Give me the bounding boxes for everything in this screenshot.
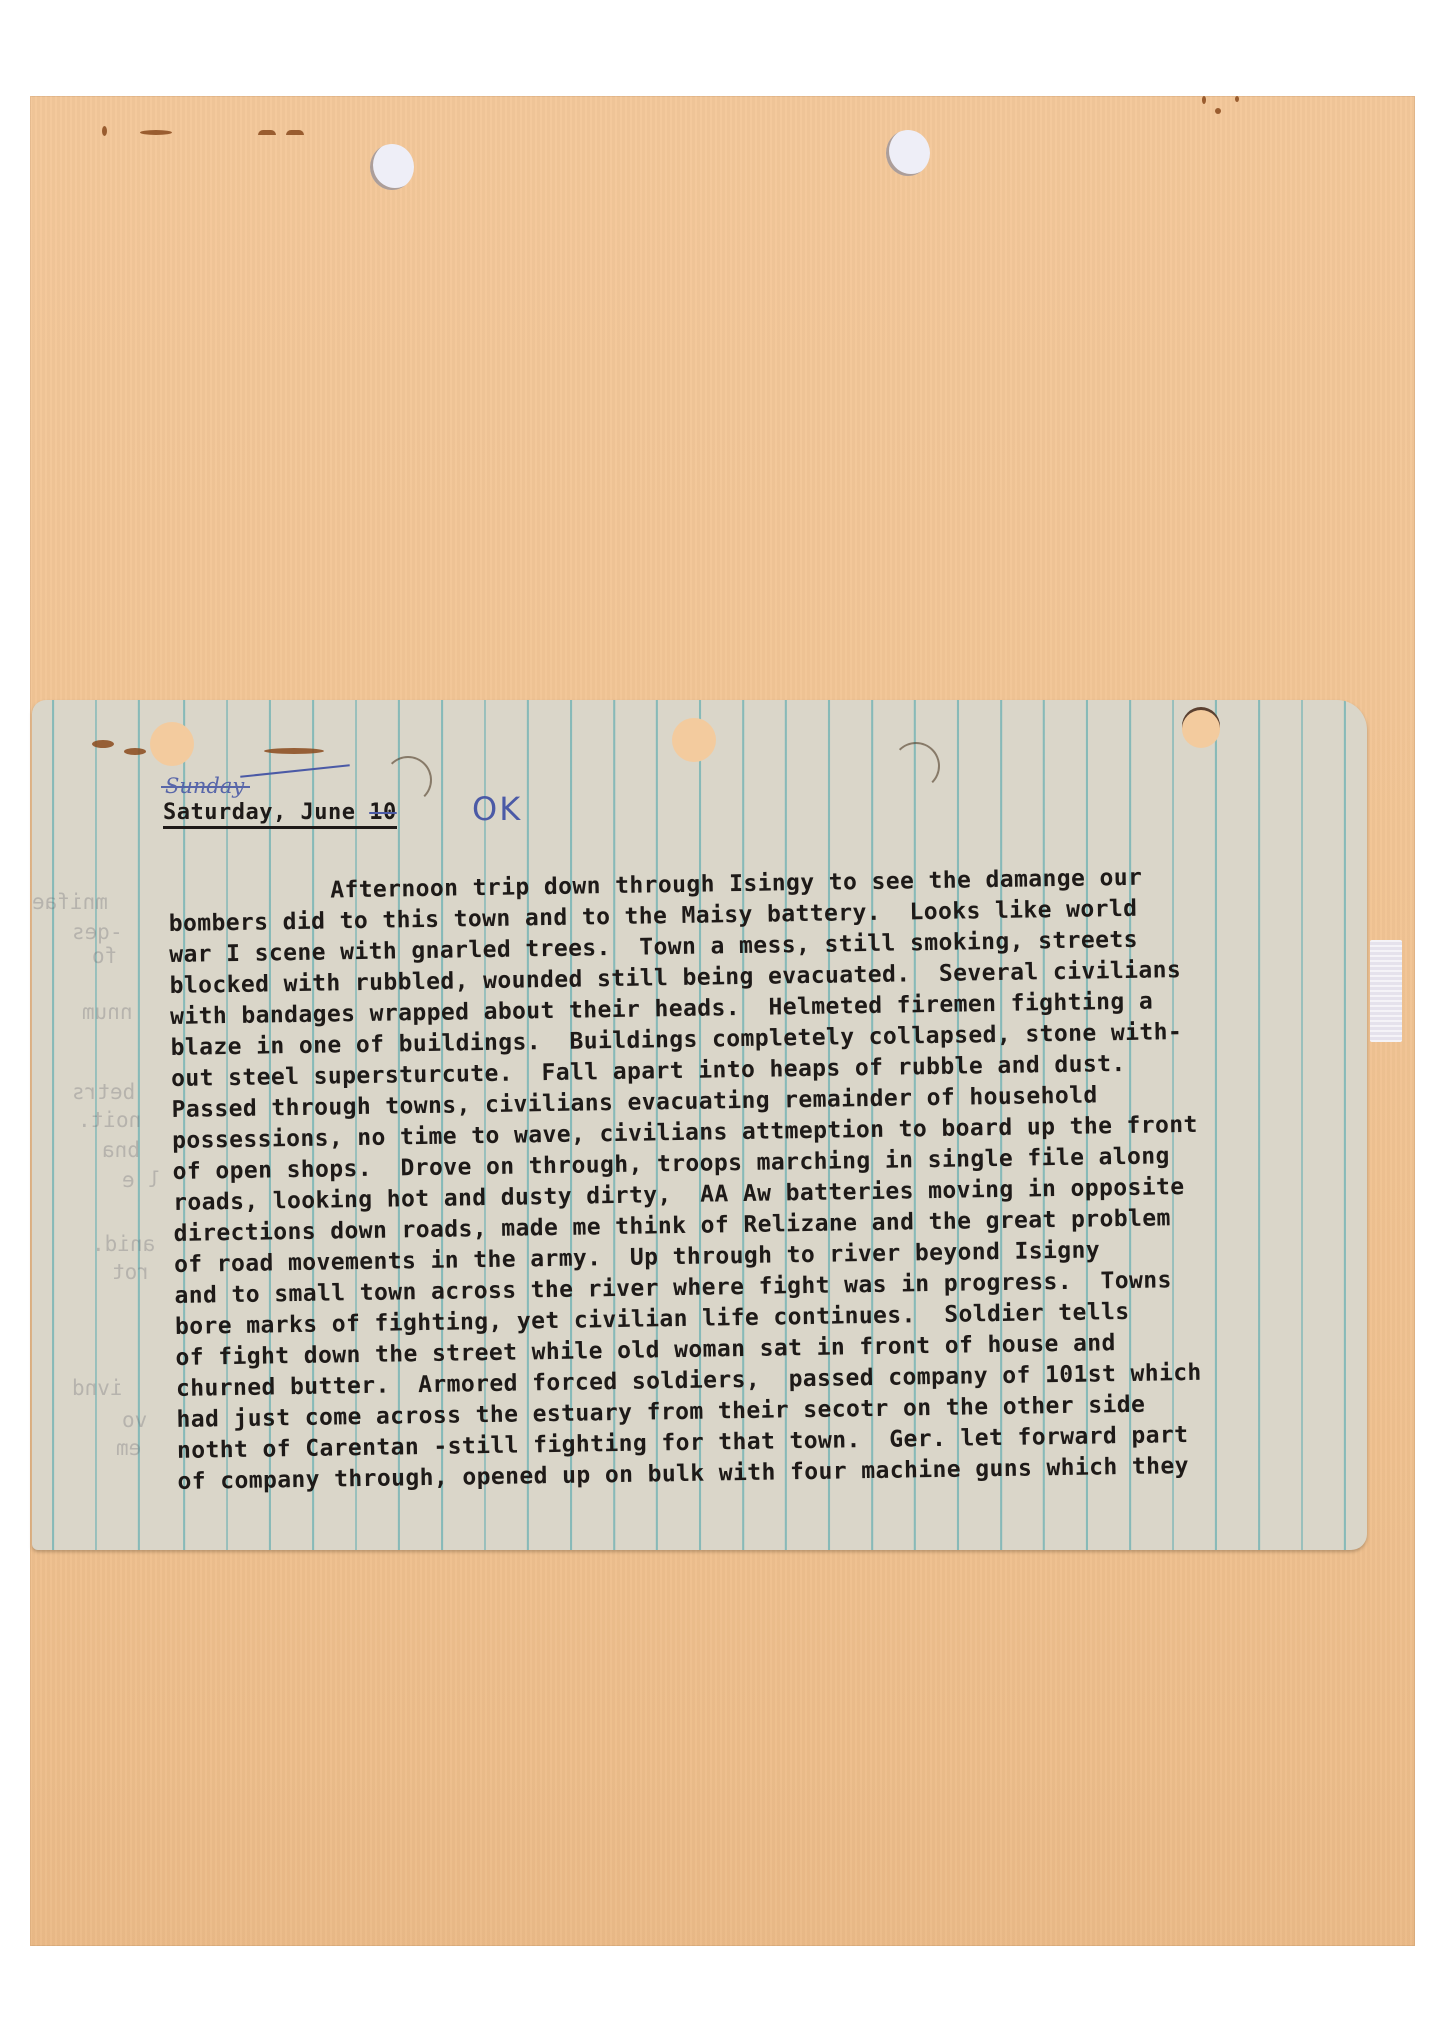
rust-stain <box>102 126 107 136</box>
entry-heading: Saturday, June 10 <box>163 800 397 829</box>
rust-stain <box>1202 96 1206 104</box>
bleed-through-text: betrs <box>72 1080 135 1104</box>
folder-punch-hole <box>370 144 414 190</box>
rust-stain <box>1215 108 1221 114</box>
heading-date-struck: 10 <box>369 800 397 825</box>
card-punch-hole <box>1182 710 1220 748</box>
bleed-through-text: em <box>116 1436 141 1460</box>
card-punch-hole-outline <box>892 742 940 790</box>
bleed-through-text: mnifae <box>32 890 108 914</box>
bleed-through-text: bna <box>102 1138 140 1162</box>
bleed-through-text: fo <box>92 944 117 968</box>
card-punch-hole-outline <box>384 756 432 804</box>
bleed-through-text: nnum <box>82 1000 133 1024</box>
folder-punch-hole <box>886 130 930 176</box>
card-punch-hole <box>150 722 194 766</box>
rust-stain <box>286 130 304 135</box>
bleed-through-text: vo <box>122 1408 147 1432</box>
rust-stain <box>92 740 114 748</box>
rust-stain <box>258 130 276 135</box>
bleed-through-text: l e <box>122 1168 160 1192</box>
heading-day: Saturday, <box>163 800 287 825</box>
rust-stain <box>124 748 146 755</box>
card-punch-hole <box>672 718 716 762</box>
bleed-through-text: rot <box>112 1260 150 1284</box>
rust-stain <box>264 748 324 754</box>
folder-side-tab <box>1370 940 1402 1042</box>
diary-body: Afternoon trip down through Isingy to se… <box>168 859 1358 1497</box>
bleed-through-text: noit. <box>78 1108 141 1132</box>
rust-stain <box>140 130 172 135</box>
bleed-through-text: ivnd <box>72 1376 123 1400</box>
heading-month: June <box>300 800 355 825</box>
rust-stain <box>1235 96 1239 102</box>
handwritten-struck-day: Sunday <box>165 774 244 798</box>
handwritten-ok-mark: OK <box>472 790 522 828</box>
bleed-through-text: -qes <box>72 920 123 944</box>
bleed-through-text: anid. <box>92 1232 155 1256</box>
